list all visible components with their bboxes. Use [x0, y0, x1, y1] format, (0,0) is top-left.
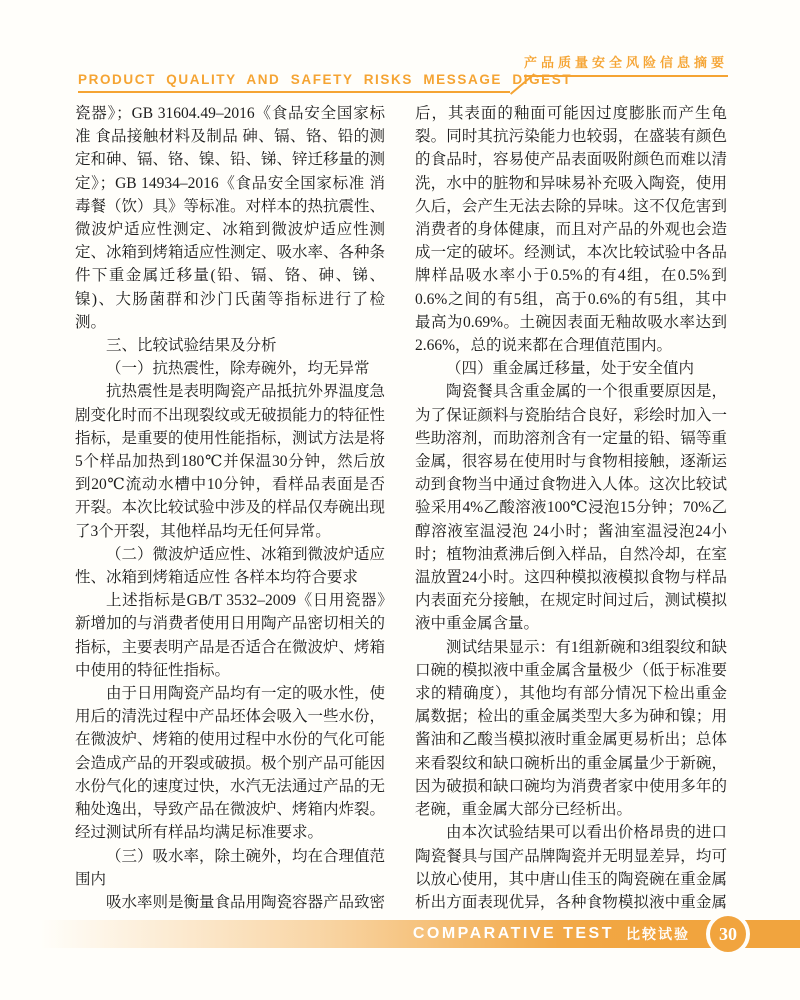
text-column-right: 后，其表面的釉面可能因过度膨胀而产生龟裂。同时其抗污染能力也较弱，在盛装有颜色的…: [415, 102, 727, 914]
footer-label-zh: 比较试验: [626, 924, 690, 944]
text-column-left: 瓷器》；GB 31604.49–2016《食品安全国家标准 食品接触材料及制品 …: [75, 102, 385, 914]
page-number-badge: 30: [706, 912, 750, 956]
page-number: 30: [719, 924, 737, 945]
paragraph: 陶瓷餐具含重金属的一个很重要原因是，为了保证颜料与瓷胎结合良好，彩绘时加入一些助…: [415, 380, 727, 635]
section-heading: （一）抗热震性，除寿碗外，均无异常: [75, 357, 385, 380]
magazine-page: 产品质量安全风险信息摘要 PRODUCT QUALITY AND SAFETY …: [0, 0, 800, 1000]
paragraph: 由本次试验结果可以看出价格昂贵的进口陶瓷餐具与国产品牌陶瓷并无明显差异，均可以放…: [415, 821, 727, 914]
paragraph: 测试结果显示：有1组新碗和3组裂纹和缺口碗的模拟液中重金属含量极少（低于标准要求…: [415, 636, 727, 822]
section-heading: （三）吸水率，除土碗外，均在合理值范围内: [75, 845, 385, 891]
page-footer: COMPARATIVE TEST 比较试验 30: [0, 920, 800, 948]
paragraph: 上述指标是GB/T 3532–2009《日用瓷器》新增加的与消费者使用日用陶产品…: [75, 589, 385, 682]
paragraph-continuation: 瓷器》；GB 31604.49–2016《食品安全国家标准 食品接触材料及制品 …: [75, 102, 385, 334]
section-heading: （二）微波炉适应性、冰箱到微波炉适应性、冰箱到烤箱适应性 各样本均符合要求: [75, 543, 385, 589]
paragraph: 由于日用陶瓷产品均有一定的吸水性，使用后的清洗过程中产品坯体会吸入一些水份，在微…: [75, 682, 385, 844]
paragraph: 吸水率则是衡量食品用陶瓷容器产品致密度的重要指标。陶瓷产品对水有一定的吸附渗透能…: [75, 891, 385, 914]
paragraph: 抗热震性是表明陶瓷产品抵抗外界温度急剧变化时而不出现裂纹或无破损能力的特征性指标…: [75, 380, 385, 542]
header-title-en: PRODUCT QUALITY AND SAFETY RISKS MESSAGE…: [78, 72, 510, 93]
footer-label-en: COMPARATIVE TEST: [413, 925, 614, 943]
paragraph-continuation: 后，其表面的釉面可能因过度膨胀而产生龟裂。同时其抗污染能力也较弱，在盛装有颜色的…: [415, 102, 727, 357]
section-heading: （四）重金属迁移量，处于安全值内: [415, 357, 727, 380]
section-heading: 三、比较试验结果及分析: [75, 334, 385, 357]
